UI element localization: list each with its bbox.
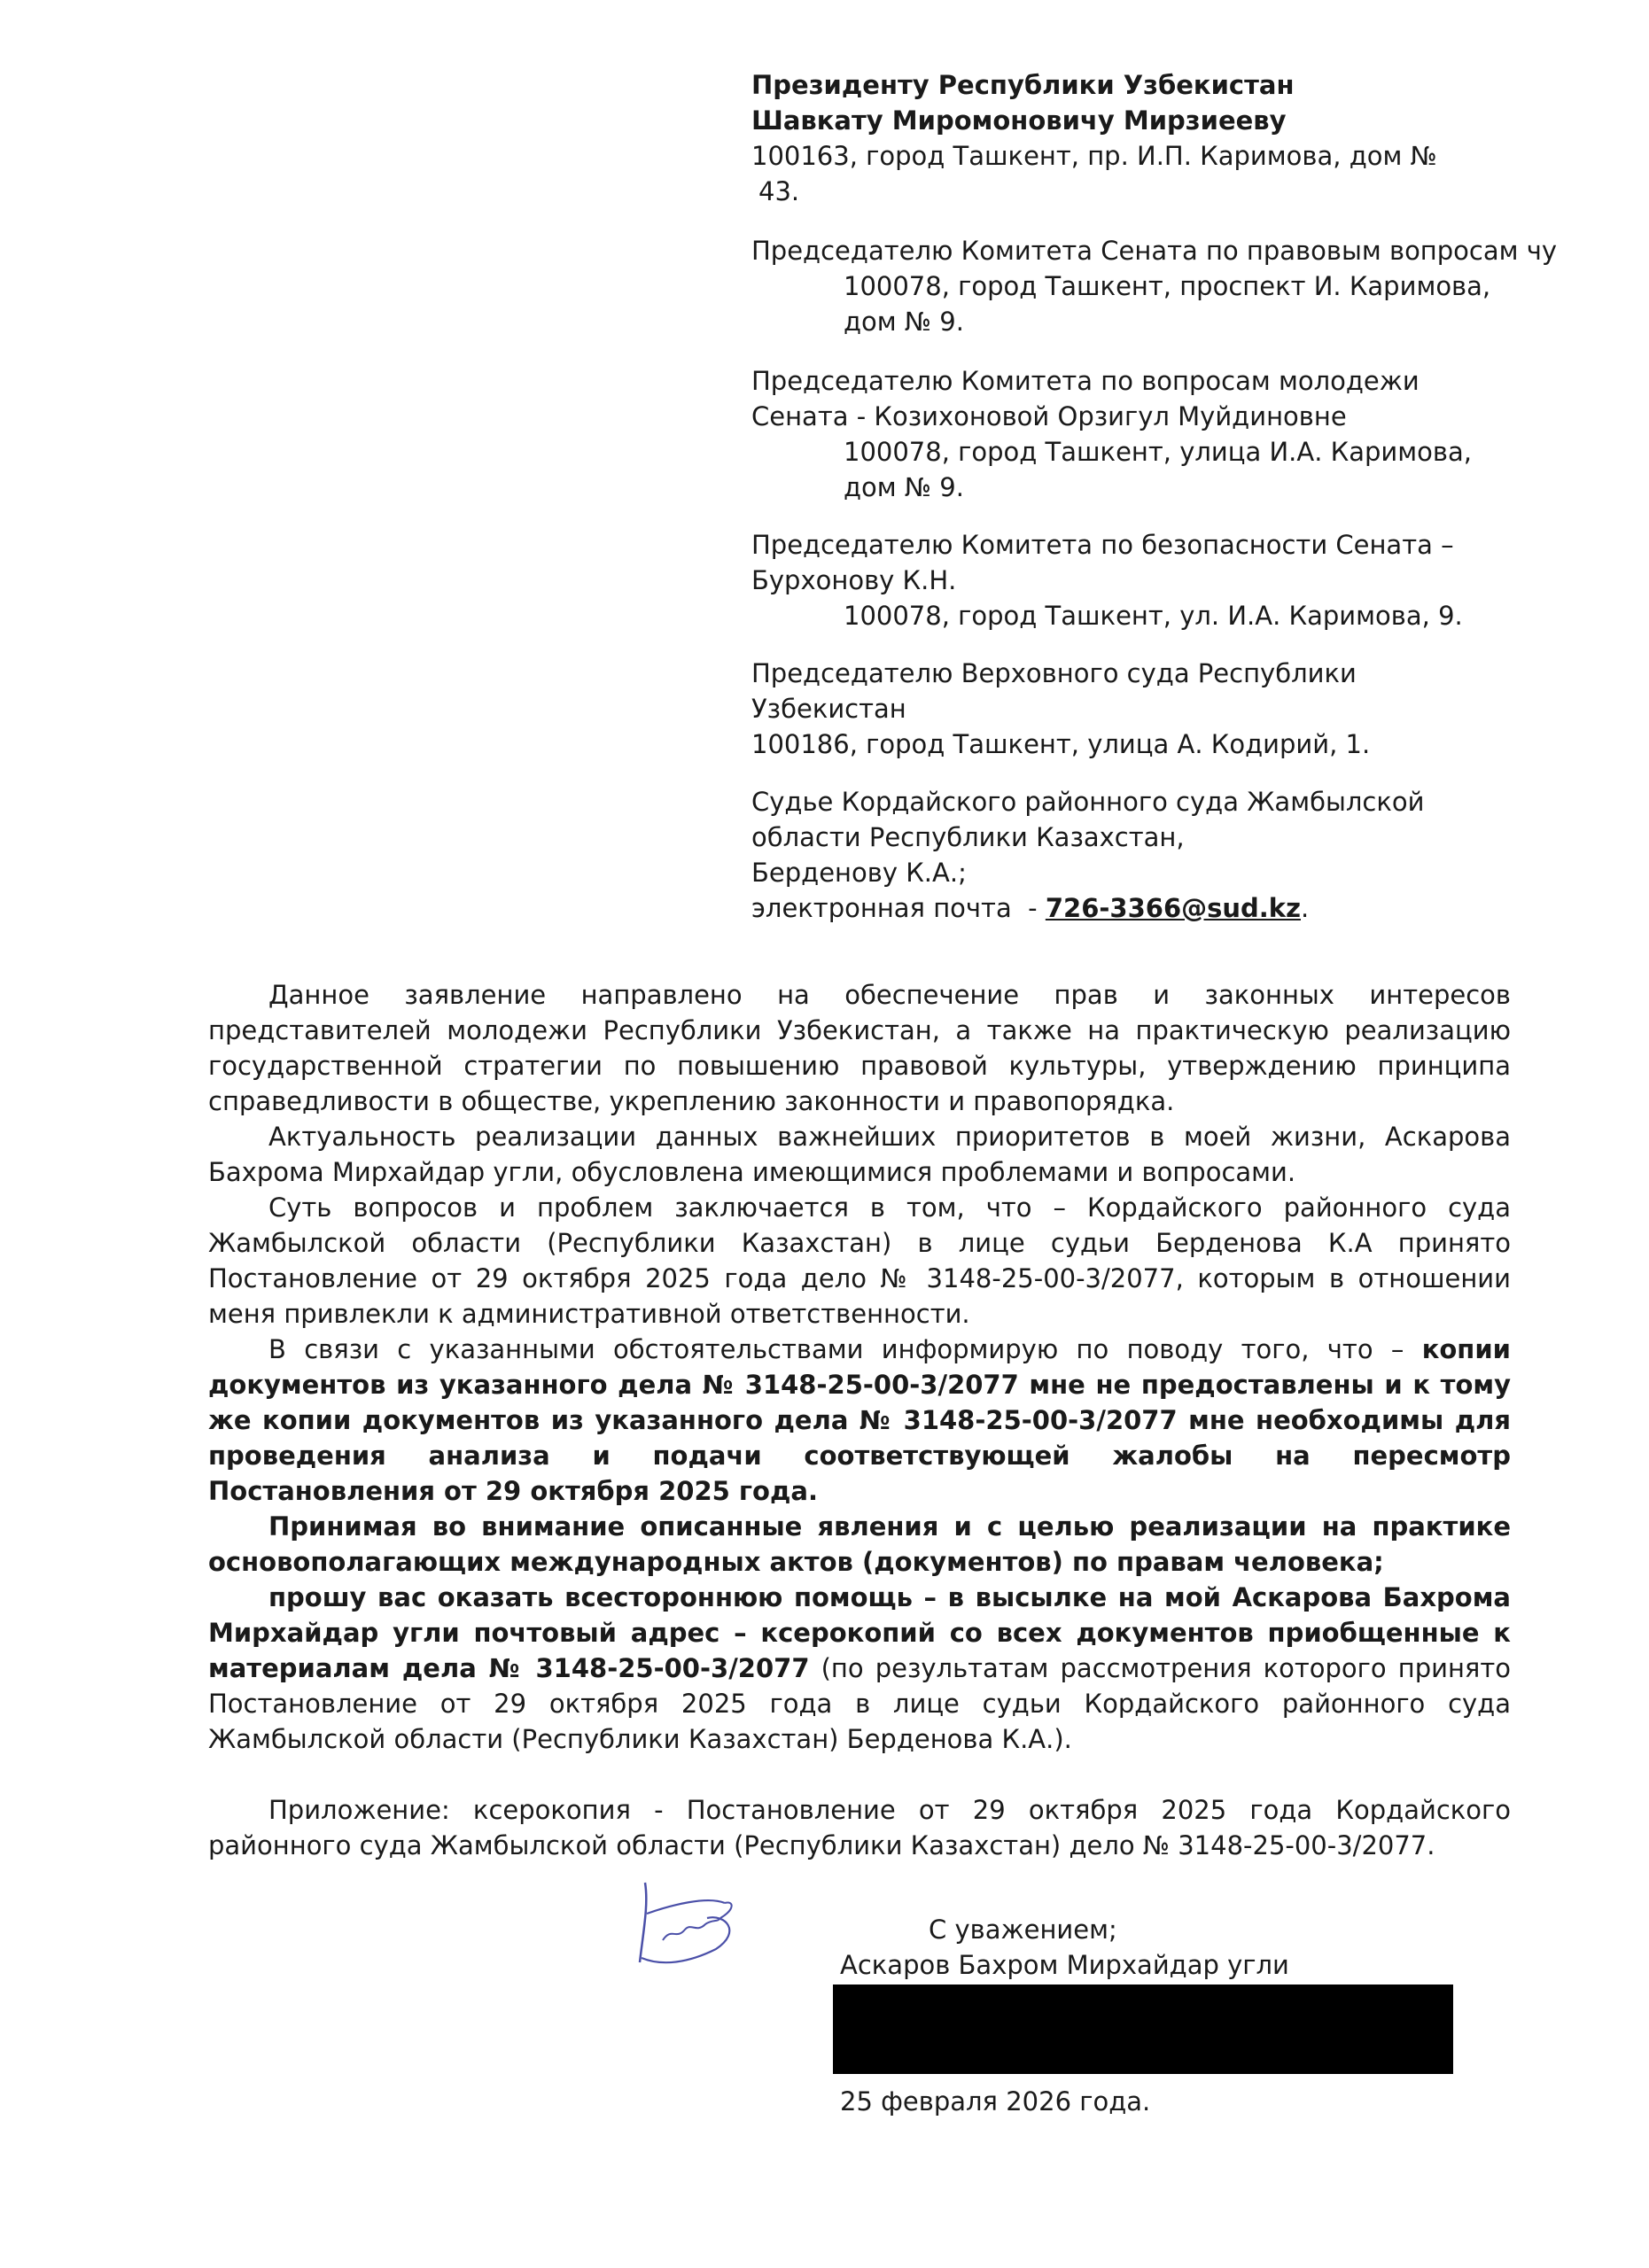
addressee-address: дом № 9.	[751, 470, 1549, 505]
paragraph-considering: Принимая во внимание описанные явления и…	[208, 1509, 1511, 1580]
paragraph-purpose: Данное заявление направлено на обеспечен…	[208, 977, 1511, 1119]
addressee-president: Президенту Республики Узбекистан Шавкату…	[751, 67, 1549, 209]
addressee-supreme-court: Председателю Верховного суда Республики …	[751, 656, 1549, 762]
addressee-legal-committee: Председателю Комитета Сената по правовым…	[751, 233, 1549, 339]
addressee-address: дом № 9.	[751, 304, 1549, 339]
letter-date: 25 февраля 2026 года.	[840, 2084, 1150, 2119]
addressee-title: области Республики Казахстан,	[751, 819, 1549, 855]
email-link[interactable]: 726-3366@sud.kz	[1046, 893, 1301, 923]
document-page: Президенту Республики Узбекистан Шавкату…	[0, 0, 1649, 2268]
paragraph-circumstances: В связи с указанными обстоятельствами ин…	[208, 1332, 1511, 1509]
addressee-name: Бурхонову К.Н.	[751, 563, 1549, 598]
addressee-title: Президенту Республики Узбекистан	[751, 67, 1549, 103]
addressee-address: 100078, город Ташкент, проспект И. Карим…	[751, 268, 1549, 304]
paragraph-request: прошу вас оказать всестороннюю помощь – …	[208, 1580, 1511, 1757]
addressee-name: Сената - Козихоновой Орзигул Муйдиновне	[751, 399, 1549, 434]
email-suffix: .	[1301, 893, 1309, 923]
email-label: электронная почта -	[751, 893, 1046, 923]
addressee-title: Председателю Верховного суда Республики	[751, 656, 1549, 691]
addressee-title: Председателю Комитета по безопасности Се…	[751, 527, 1549, 563]
addressee-kordai-judge: Судье Кордайского районного суда Жамбылс…	[751, 784, 1549, 926]
addressee-address: 100078, город Ташкент, улица И.А. Каримо…	[751, 434, 1549, 470]
addressee-title: Узбекистан	[751, 691, 1549, 726]
paragraph-attachment: Приложение: ксерокопия - Постановление о…	[208, 1792, 1511, 1863]
addressee-youth-committee: Председателю Комитета по вопросам молоде…	[751, 363, 1549, 505]
email-line: электронная почта - 726-3366@sud.kz.	[751, 890, 1549, 926]
paragraph-text: В связи с указанными обстоятельствами ин…	[268, 1334, 1422, 1364]
addressee-title: Председателю Комитета Сената по правовым…	[751, 233, 1549, 268]
addressee-name: Шавкату Миромоновичу Мирзиееву	[751, 103, 1549, 138]
addressee-title: Председателю Комитета по вопросам молоде…	[751, 363, 1549, 399]
addressee-name: Берденову К.А.;	[751, 855, 1549, 890]
sender-name: Аскаров Бахром Мирхайдар угли	[840, 1947, 1289, 1983]
addressee-address: 100078, город Ташкент, ул. И.А. Каримова…	[751, 598, 1549, 633]
paragraph-relevance: Актуальность реализации данных важнейших…	[208, 1119, 1511, 1190]
signature-icon	[636, 1878, 813, 1976]
addressee-security-committee: Председателю Комитета по безопасности Се…	[751, 527, 1549, 633]
addressee-address: 100163, город Ташкент, пр. И.П. Каримова…	[751, 138, 1549, 174]
addressee-address: 100186, город Ташкент, улица А. Кодирий,…	[751, 726, 1549, 762]
paragraph-issue: Суть вопросов и проблем заключается в то…	[208, 1190, 1511, 1332]
letter-body: Данное заявление направлено на обеспечен…	[208, 977, 1511, 1863]
closing-regards: С уважением;	[929, 1912, 1117, 1947]
addressee-address: 43.	[751, 174, 1549, 209]
redacted-block	[833, 1984, 1453, 2074]
addressee-title: Судье Кордайского районного суда Жамбылс…	[751, 784, 1549, 819]
